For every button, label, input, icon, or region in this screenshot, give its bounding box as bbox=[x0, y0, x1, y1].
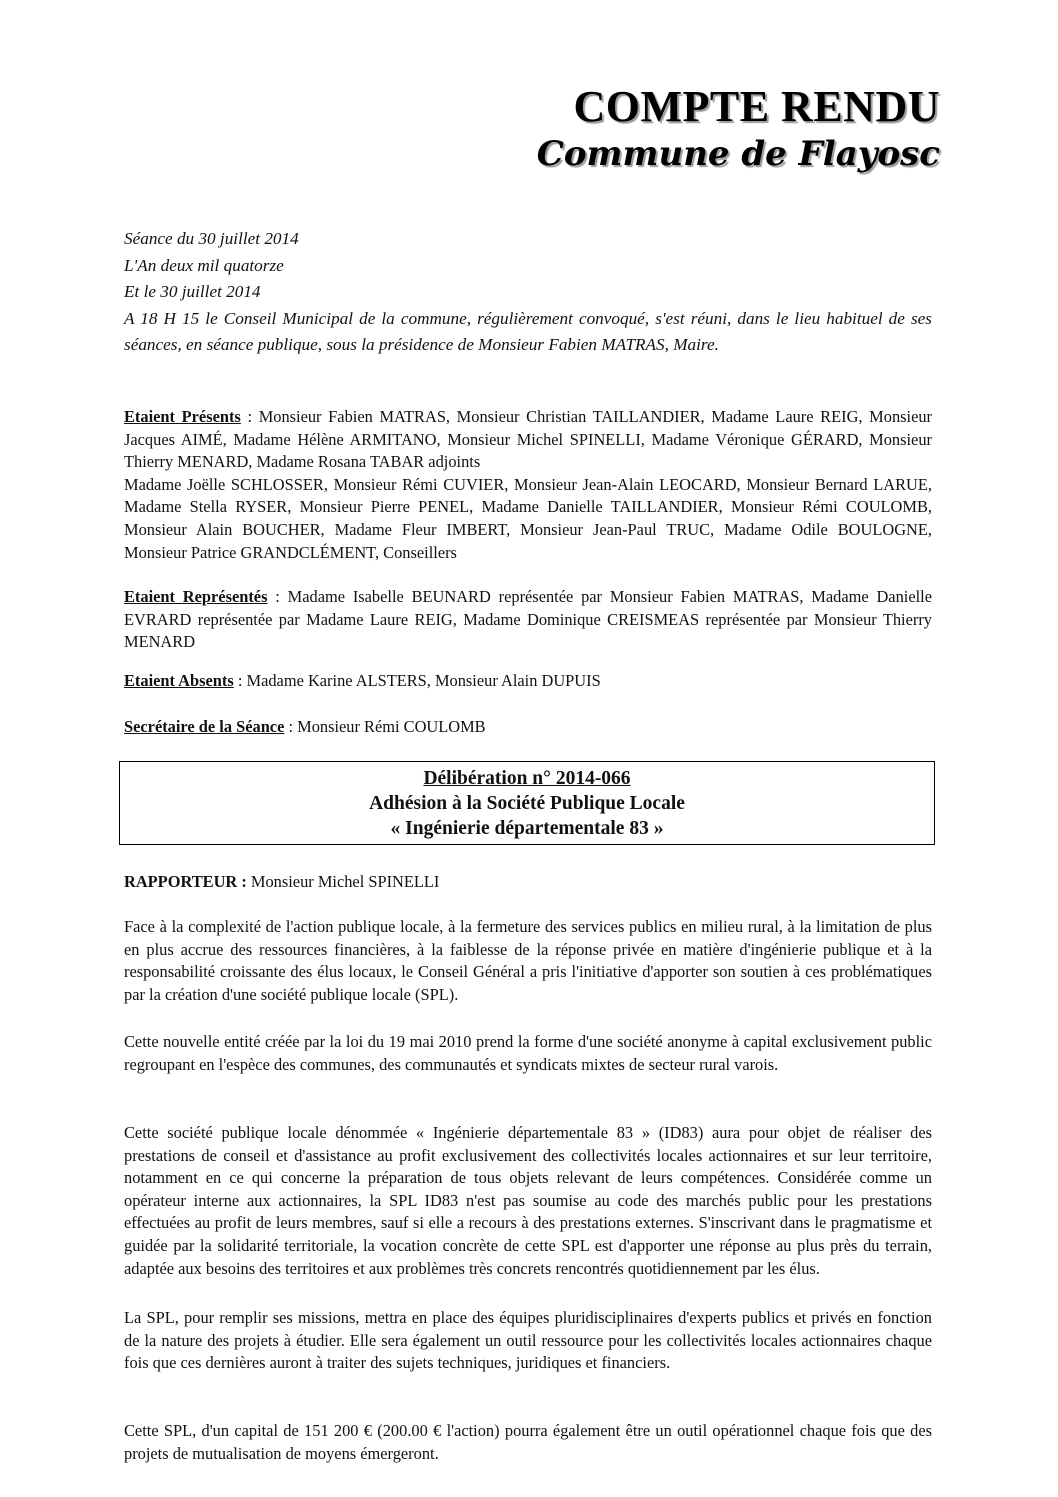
absent-members: Etaient Absents : Madame Karine ALSTERS,… bbox=[124, 670, 932, 693]
session-description: A 18 H 15 le Conseil Municipal de la com… bbox=[124, 306, 932, 359]
rapporteur: RAPPORTEUR : Monsieur Michel SPINELLI bbox=[124, 871, 932, 894]
present-list-conseillers: Madame Joëlle SCHLOSSER, Monsieur Rémi C… bbox=[124, 474, 932, 564]
document-page: COMPTE RENDU Commune de Flayosc Séance d… bbox=[0, 0, 1058, 1497]
document-title: COMPTE RENDU bbox=[537, 84, 940, 130]
deliberation-title-line2: « Ingénierie départementale 83 » bbox=[120, 816, 934, 841]
deliberation-title-line1: Adhésion à la Société Publique Locale bbox=[120, 791, 934, 816]
session-info: Séance du 30 juillet 2014 L'An deux mil … bbox=[124, 226, 932, 359]
paragraph-4: La SPL, pour remplir ses missions, mettr… bbox=[124, 1307, 932, 1375]
document-header: COMPTE RENDU Commune de Flayosc bbox=[537, 84, 940, 174]
present-label: Etaient Présents bbox=[124, 407, 241, 426]
represented-members: Etaient Représentés : Madame Isabelle BE… bbox=[124, 586, 932, 654]
paragraph-1: Face à la complexité de l'action publiqu… bbox=[124, 916, 932, 1006]
absent-label: Etaient Absents bbox=[124, 671, 234, 690]
session-day: Et le 30 juillet 2014 bbox=[124, 279, 932, 306]
secretary-label: Secrétaire de la Séance bbox=[124, 717, 284, 736]
present-members: Etaient Présents : Monsieur Fabien MATRA… bbox=[124, 406, 932, 564]
commune-name: Commune de Flayosc bbox=[537, 134, 940, 174]
represented-label: Etaient Représentés bbox=[124, 587, 267, 606]
session-date: Séance du 30 juillet 2014 bbox=[124, 226, 932, 253]
secretary-name: : Monsieur Rémi COULOMB bbox=[284, 717, 485, 736]
present-list-adjoints: : Monsieur Fabien MATRAS, Monsieur Chris… bbox=[124, 407, 932, 471]
rapporteur-label: RAPPORTEUR : bbox=[124, 872, 247, 891]
paragraph-3: Cette société publique locale dénommée «… bbox=[124, 1122, 932, 1280]
absent-list: : Madame Karine ALSTERS, Monsieur Alain … bbox=[234, 671, 601, 690]
paragraph-2: Cette nouvelle entité créée par la loi d… bbox=[124, 1031, 932, 1076]
session-secretary: Secrétaire de la Séance : Monsieur Rémi … bbox=[124, 716, 932, 739]
deliberation-number: Délibération n° 2014-066 bbox=[120, 766, 934, 791]
deliberation-box: Délibération n° 2014-066 Adhésion à la S… bbox=[119, 761, 935, 845]
session-year: L'An deux mil quatorze bbox=[124, 253, 932, 280]
paragraph-5: Cette SPL, d'un capital de 151 200 € (20… bbox=[124, 1420, 932, 1465]
rapporteur-name: Monsieur Michel SPINELLI bbox=[247, 872, 440, 891]
